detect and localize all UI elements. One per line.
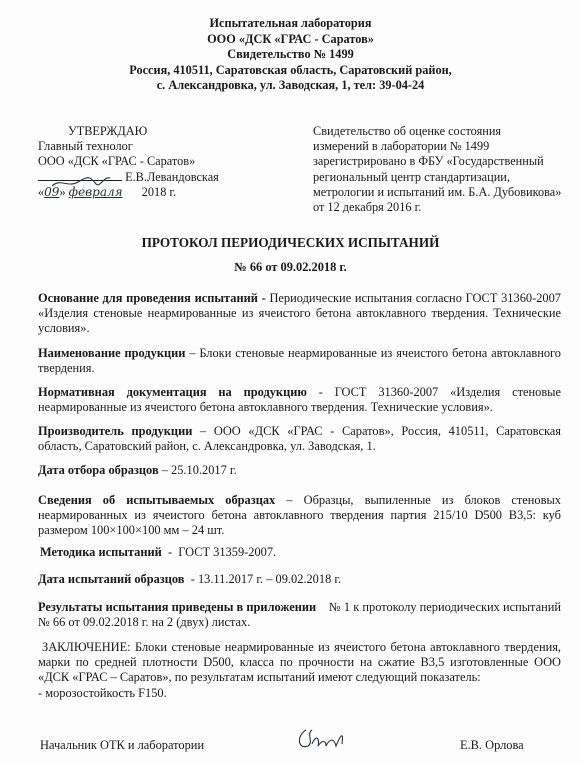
- approval-title: УТВЕРЖДАЮ: [38, 124, 219, 139]
- cert-line: зарегистрировано в ФБУ «Государственный: [313, 154, 561, 169]
- cert-line: региональный центр стандартизации,: [313, 170, 561, 185]
- section-results: Результаты испытания приведены в приложе…: [38, 600, 561, 630]
- section-sep: -: [258, 291, 270, 305]
- section-test-dates: Дата испытаний образцов - 13.11.2017 г. …: [38, 572, 561, 587]
- section-label: Сведения об испытываемых образцах: [38, 493, 275, 507]
- section-sep: –: [185, 346, 199, 360]
- signature-role: Начальник ОТК и лаборатории: [40, 738, 204, 753]
- section-method: Методика испытаний - ГОСТ 31359-2007.: [40, 545, 563, 560]
- section-basis: Основание для проведения испытаний - Пер…: [38, 291, 561, 337]
- section-sep: [316, 600, 329, 614]
- header-line: с. Александровка, ул. Заводская, 1, тел:…: [0, 78, 581, 94]
- protocol-number: № 66 от 09.02.2018 г.: [0, 260, 581, 275]
- handwritten-signature-icon: [292, 724, 352, 754]
- cert-line: метрологии и испытаний им. Б.А. Дубовико…: [313, 185, 561, 200]
- conclusion: ЗАКЛЮЧЕНИЕ: Блоки стеновые неармированны…: [38, 640, 561, 701]
- section-sep: -: [162, 545, 179, 559]
- section-sampling-date: Дата отбора образцов – 25.10.2017 г.: [38, 463, 561, 478]
- section-label: Результаты испытания приведены в приложе…: [38, 600, 316, 614]
- section-label: Производитель продукции: [38, 424, 192, 438]
- section-label: Наименование продукции: [38, 346, 185, 360]
- section-label: Дата испытаний образцов: [38, 572, 185, 586]
- section-samples-info: Сведения об испытываемых образцах – Обра…: [38, 493, 561, 539]
- section-label: Методика испытаний: [40, 545, 162, 559]
- section-product-name: Наименование продукции – Блоки стеновые …: [38, 346, 561, 376]
- section-sep: -: [185, 572, 198, 586]
- header-line: Испытательная лаборатория: [0, 16, 581, 32]
- section-text: 25.10.2017 г.: [171, 463, 237, 477]
- section-label: Основание для проведения испытаний: [38, 291, 258, 305]
- conclusion-item: - морозостойкость F150.: [38, 686, 561, 701]
- cert-line: Свидетельство об оценке состояния: [313, 124, 561, 139]
- section-text: 13.11.2017 г. – 09.02.2018 г.: [198, 572, 341, 586]
- certificate-block: Свидетельство об оценке состояния измере…: [313, 124, 561, 215]
- approval-position: Главный технолог: [38, 139, 219, 154]
- section-sep: –: [159, 463, 171, 477]
- header-line: Россия, 410511, Саратовская область, Сар…: [0, 63, 581, 79]
- lab-header: Испытательная лаборатория ООО «ДСК «ГРАС…: [0, 16, 581, 94]
- section-normative-docs: Нормативная документация на продукцию - …: [38, 385, 561, 415]
- conclusion-text: ЗАКЛЮЧЕНИЕ: Блоки стеновые неармированны…: [38, 640, 561, 686]
- cert-line: от 12 декабря 2016 г.: [313, 200, 561, 215]
- header-line: ООО «ДСК «ГРАС - Саратов»: [0, 32, 581, 48]
- date-year: 2018 г.: [142, 185, 176, 199]
- approval-company: ООО «ДСК «ГРАС - Саратов»: [38, 154, 219, 169]
- protocol-title: ПРОТОКОЛ ПЕРИОДИЧЕСКИХ ИСПЫТАНИЙ: [0, 235, 581, 251]
- section-manufacturer: Производитель продукции – ООО «ДСК «ГРАС…: [38, 424, 561, 454]
- cert-line: измерений в лаборатории № 1499: [313, 139, 561, 154]
- approval-block: УТВЕРЖДАЮ Главный технолог ООО «ДСК «ГРА…: [38, 124, 219, 200]
- signature-mark: [292, 724, 352, 758]
- section-sep: -: [307, 385, 335, 399]
- header-line: Свидетельство № 1499: [0, 47, 581, 63]
- signature-blank: [38, 180, 122, 181]
- section-text: ГОСТ 31359-2007.: [178, 545, 276, 559]
- signature-name: Е.В. Орлова: [460, 738, 524, 753]
- handwritten-signature-icon: [38, 174, 122, 190]
- approval-signature-line: Е.В.Левандовская: [38, 170, 219, 185]
- section-sep: –: [192, 424, 214, 438]
- section-label: Нормативная документация на продукцию: [38, 385, 307, 399]
- section-sep: –: [275, 493, 303, 507]
- section-label: Дата отбора образцов: [38, 463, 159, 477]
- approval-signer: Е.В.Левандовская: [125, 170, 219, 184]
